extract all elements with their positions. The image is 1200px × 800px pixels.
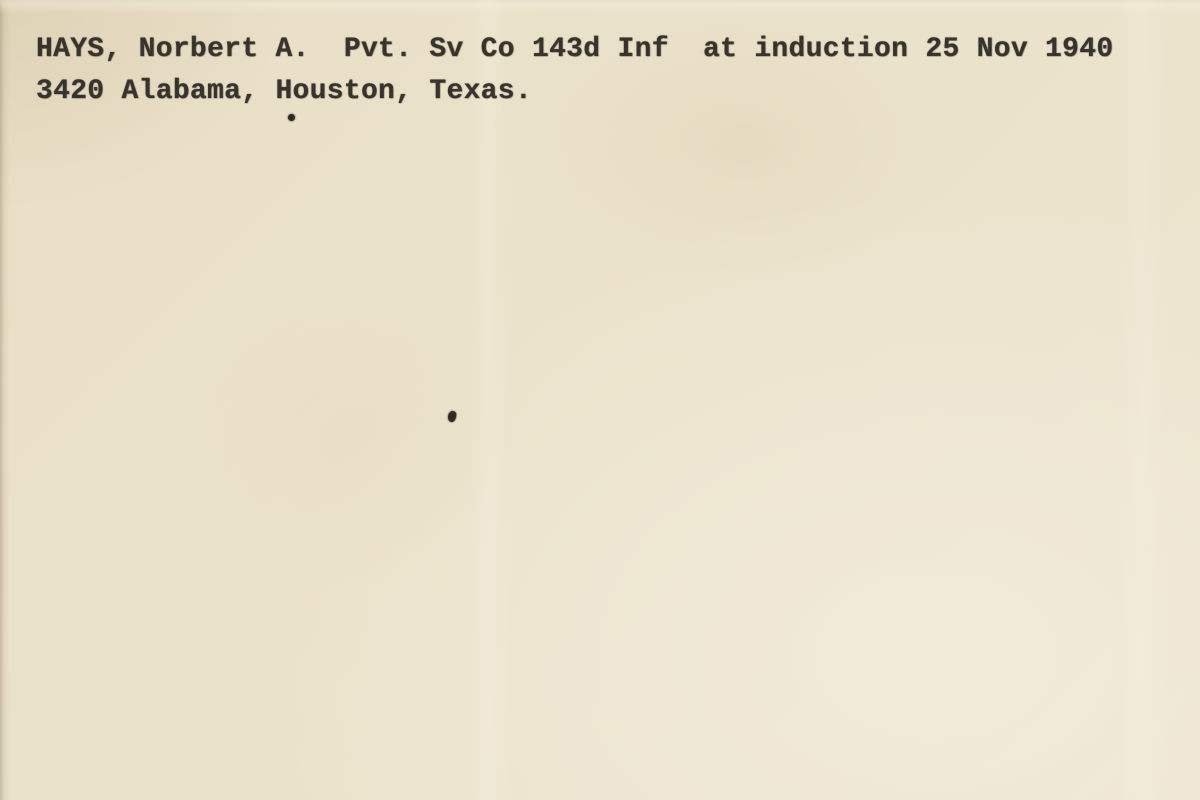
stray-period-ink-dot [288,114,295,121]
ink-speck [447,410,457,423]
typed-line-address: 3420 Alabama, Houston, Texas. [36,78,532,106]
index-card-scan: HAYS, Norbert A. Pvt. Sv Co 143d Inf at … [0,0,1200,800]
typed-line-name-rank-unit: HAYS, Norbert A. Pvt. Sv Co 143d Inf at … [36,36,1113,64]
